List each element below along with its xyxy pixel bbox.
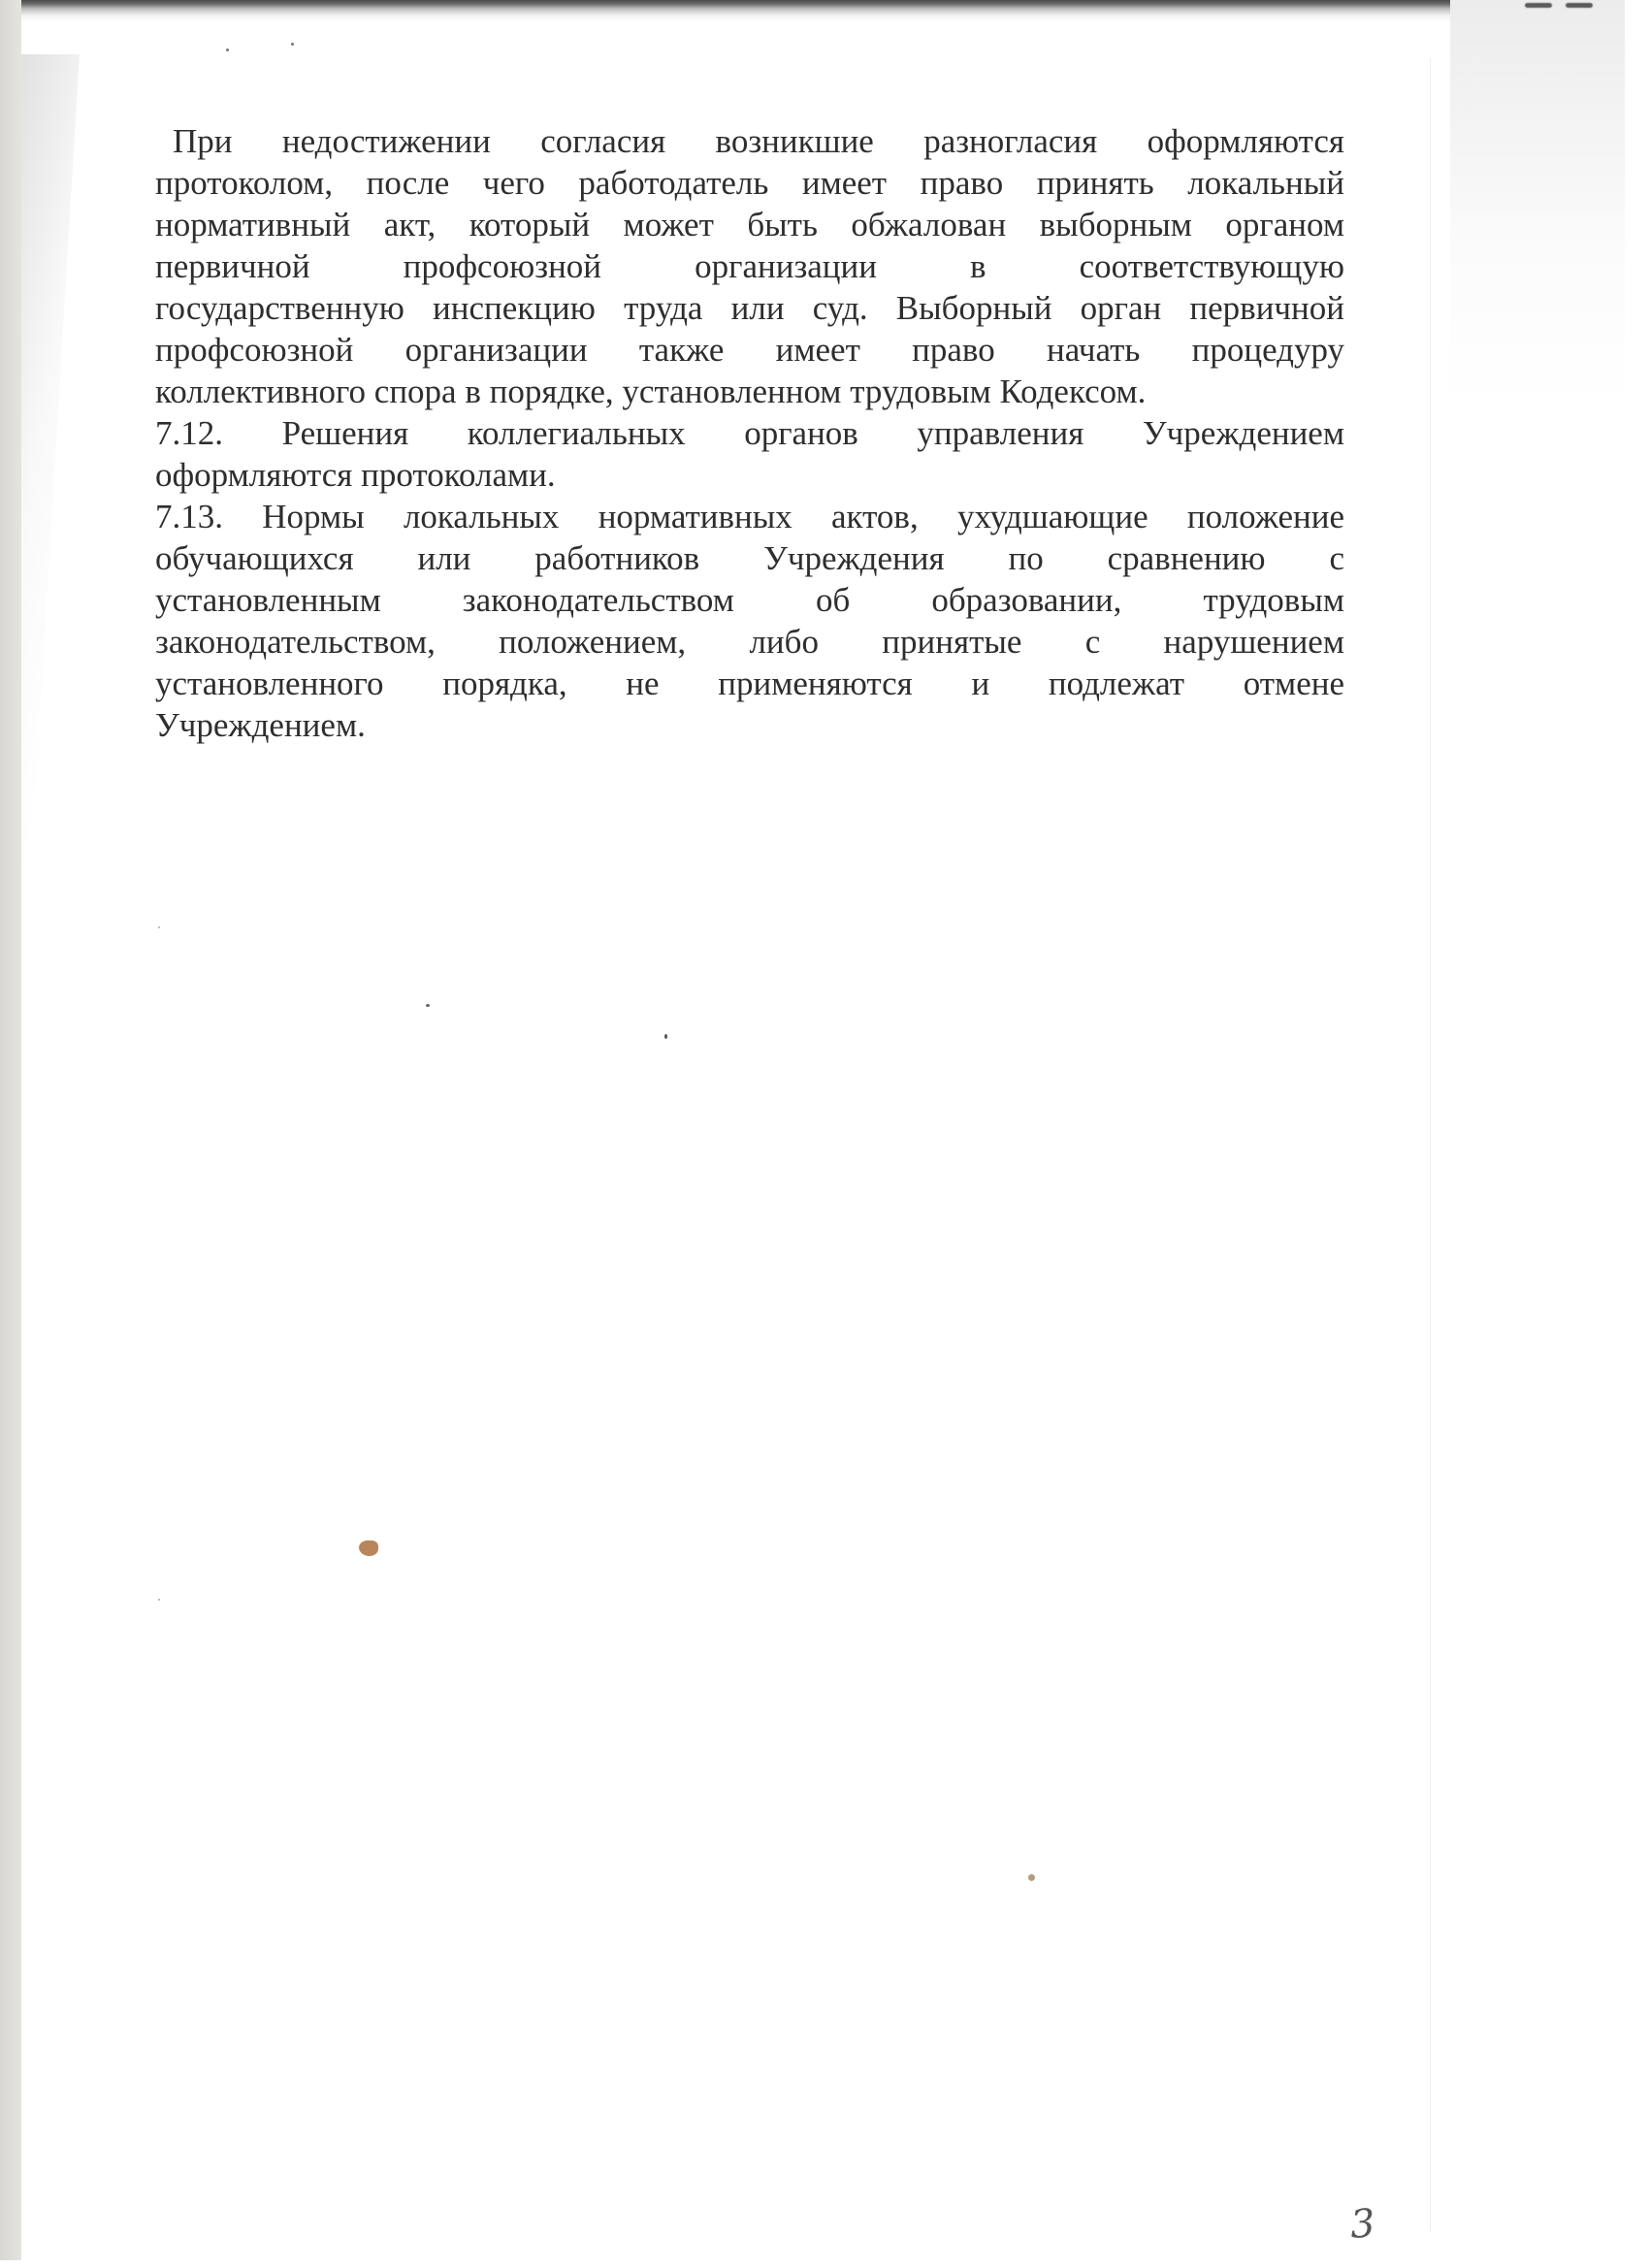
section-7-12-line: 7.12. Решения коллегиальных органов упра…	[155, 412, 1344, 454]
scanner-bottom-edge	[0, 2260, 1649, 2268]
dust-speck	[158, 926, 160, 928]
text-line: государственную инспекцию труда или суд.…	[155, 287, 1344, 329]
dust-speck	[158, 1599, 160, 1601]
document-page: При недостижении согласия возникшие разн…	[0, 0, 1649, 2268]
text-line: профсоюзной организации также имеет прав…	[155, 329, 1344, 371]
text-line: нормативный акт, который может быть обжа…	[155, 204, 1344, 245]
scanned-page: При недостижении согласия возникшие разн…	[0, 0, 1649, 2268]
document-body: При недостижении согласия возникшие разн…	[155, 120, 1344, 746]
text-line: коллективного спора в порядке, установле…	[155, 371, 1344, 412]
section-7-13-line: обучающихся или работников Учреждения по…	[155, 537, 1344, 579]
text-line: протоколом, после чего работодатель имее…	[155, 162, 1344, 204]
section-7-13-line: Учреждением.	[155, 704, 1344, 746]
stain-spot	[359, 1540, 378, 1556]
section-7-12-line: оформляются протоколами.	[155, 454, 1344, 496]
stain-spot	[1028, 1874, 1035, 1881]
section-7-13-line: 7.13. Нормы локальных нормативных актов,…	[155, 496, 1344, 537]
page-number: 3	[1348, 2201, 1376, 2248]
dust-speck	[291, 43, 294, 46]
section-7-13-line: законодательством, положением, либо прин…	[155, 621, 1344, 663]
dust-speck	[226, 49, 229, 51]
dust-speck	[426, 1004, 430, 1007]
text-line: первичной профсоюзной организации в соот…	[155, 245, 1344, 287]
section-7-13-line: установленным законодательством об образ…	[155, 579, 1344, 621]
text-line: При недостижении согласия возникшие разн…	[155, 120, 1344, 162]
section-7-13-line: установленного порядка, не применяются и…	[155, 663, 1344, 704]
dust-speck	[664, 1034, 667, 1039]
